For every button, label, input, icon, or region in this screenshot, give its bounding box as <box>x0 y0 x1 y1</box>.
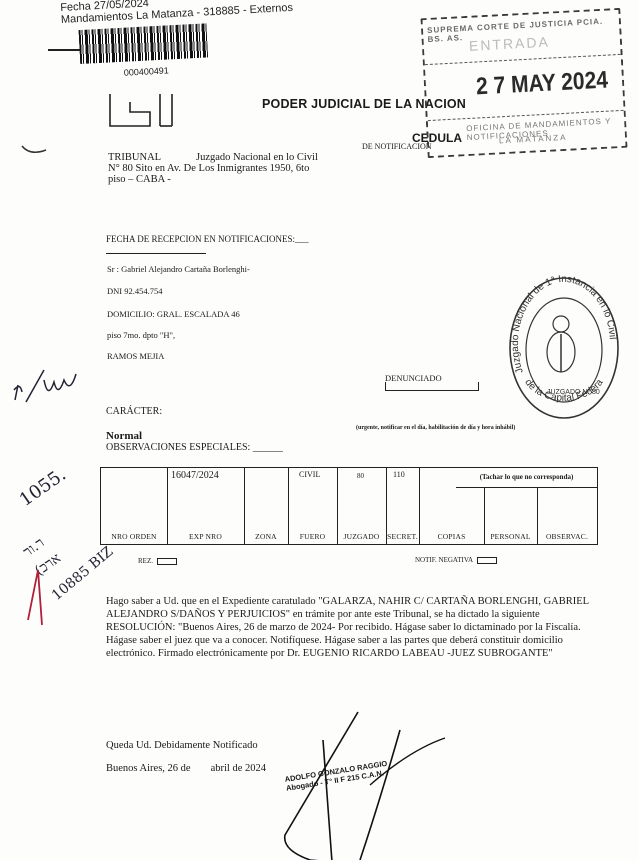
recipient-address: DOMICILIO: GRAL. ESCALADA 46 <box>107 309 240 319</box>
header-observac: OBSERVAC. <box>537 532 597 541</box>
notified-statement: Queda Ud. Debidamente Notificado <box>106 740 258 751</box>
tachar-note: (Tachar lo que no corresponda) <box>456 468 597 488</box>
notif-negativa-label: NOTIF. NEGATIVA <box>415 556 473 564</box>
case-table: (Tachar lo que no corresponda) 16047/202… <box>100 467 598 545</box>
barcode <box>78 23 208 64</box>
tribunal-address-1: N° 80 Sito en Av. De Los Inmigrantes 195… <box>108 163 348 174</box>
rez-label: REZ. <box>138 557 153 565</box>
received-stamp: SUPREMA CORTE DE JUSTICIA PCIA. BS. AS. … <box>420 8 627 158</box>
rez-checkbox-row: REZ. <box>138 557 177 565</box>
header-slip: Fecha 27/05/2024 Mandamientos La Matanza… <box>60 0 335 97</box>
header-zona: ZONA <box>244 532 288 541</box>
reception-date-line <box>106 253 206 254</box>
tribunal-block: TRIBUNALJuzgado Nacional en lo Civil N° … <box>108 152 348 185</box>
svg-text:10885 BIZ: 10885 BIZ <box>49 543 117 603</box>
svg-text:ר.ור: ר.ור <box>20 535 47 561</box>
svg-text:JUZGADO Nº 80: JUZGADO Nº 80 <box>547 389 600 396</box>
observaciones-label: OBSERVACIONES ESPECIALES: ______ <box>106 442 283 453</box>
place-date: Buenos Aires, 26 deabril de 2024 <box>106 763 266 774</box>
rez-checkbox[interactable] <box>157 558 177 565</box>
reception-date-label: FECHA DE RECEPCION EN NOTIFICACIONES:___ <box>106 234 309 244</box>
stamp-date: 2 7 MAY 2024 <box>475 67 608 101</box>
notification-body: Hago saber a Ud. que en el Expediente ca… <box>106 595 598 660</box>
secret-value: 110 <box>393 470 405 479</box>
doc-subtype: DE NOTIFICACION <box>362 142 432 151</box>
tribunal-label: TRIBUNAL <box>108 152 196 163</box>
tribunal-name: Juzgado Nacional en lo Civil <box>196 152 318 163</box>
header-personal: PERSONAL <box>484 532 537 541</box>
juzgado-value: 80 <box>357 472 364 480</box>
header-juzgado: JUZGADO <box>337 532 386 541</box>
domicile-bracket <box>385 382 479 391</box>
handwritten-notes: 1055. ר.ור (ארכ 10885 BIZ <box>0 330 130 630</box>
court-seal-icon: Juzgado Nacional de 1ª Instancia en lo C… <box>505 272 621 420</box>
fuero-value: CIVIL <box>299 470 320 479</box>
recipient-dni: DNI 92.454.754 <box>107 286 162 296</box>
tribunal-address-2: piso – CABA - <box>108 174 348 185</box>
pen-mark <box>48 49 80 51</box>
header-copias: COPIAS <box>419 532 484 541</box>
urgency-note: (urgente, notificar en el día, habilitac… <box>356 425 515 431</box>
header-secret: SECRET. <box>386 532 419 541</box>
exp-nro-value: 16047/2024 <box>171 470 219 481</box>
court-logo <box>108 92 188 128</box>
pen-tick-icon <box>20 140 50 160</box>
svg-text:1055.: 1055. <box>16 464 70 511</box>
recipient-name: Sr : Gabriel Alejandro Cartaña Borlenghi… <box>107 264 250 274</box>
stamp-line2: ENTRADA <box>469 34 551 54</box>
notif-negativa-row: NOTIF. NEGATIVA <box>415 556 497 564</box>
header-fuero: FUERO <box>288 532 337 541</box>
header-exp-nro: EXP NRO <box>167 532 244 541</box>
notif-negativa-checkbox[interactable] <box>477 557 497 564</box>
